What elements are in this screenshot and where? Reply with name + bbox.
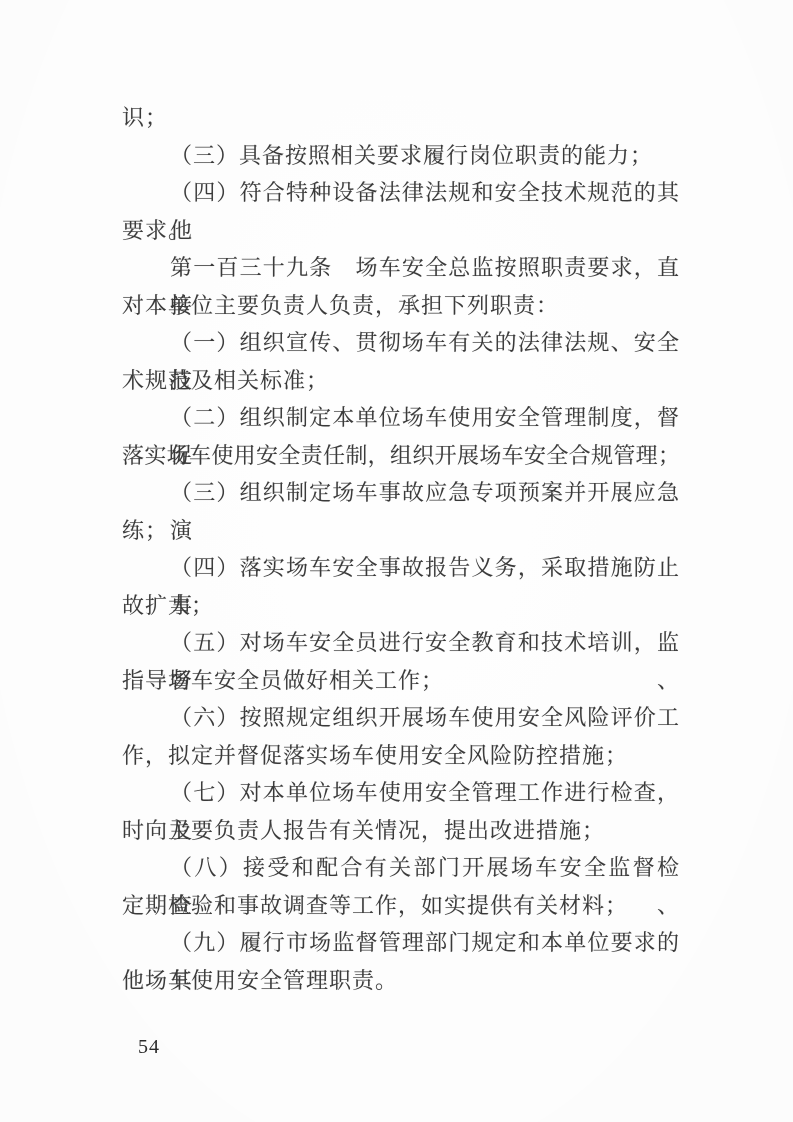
text-line: （一）组织宣传、贯彻场车有关的法律法规、安全技 (122, 324, 680, 362)
text-line: （三）组织制定场车事故应急专项预案并开展应急演 (122, 474, 680, 512)
text-line: 定期检验和事故调查等工作，如实提供有关材料； (122, 887, 680, 925)
text-line: （六）按照规定组织开展场车使用安全风险评价工 (122, 699, 680, 737)
text-line: （九）履行市场监督管理部门规定和本单位要求的其 (122, 924, 680, 962)
text-line: 他场车使用安全管理职责。 (122, 962, 680, 1000)
text-line: （四）符合特种设备法律法规和安全技术规范的其他 (122, 174, 680, 212)
text-line: 作，拟定并督促落实场车使用安全风险防控措施； (122, 737, 680, 775)
text-line: 对本单位主要负责人负责，承担下列职责： (122, 287, 680, 325)
text-line: 落实场车使用安全责任制，组织开展场车安全合规管理； (122, 437, 680, 475)
text-line: （三）具备按照相关要求履行岗位职责的能力； (122, 137, 680, 175)
text-line: 识； (122, 99, 680, 137)
page-number: 54 (138, 1036, 160, 1059)
scanned-document-page: 识； （三）具备按照相关要求履行岗位职责的能力； （四）符合特种设备法律法规和安… (0, 0, 793, 1122)
text-line: 时向主要负责人报告有关情况，提出改进措施； (122, 812, 680, 850)
text-line: （五）对场车安全员进行安全教育和技术培训，监督、 (122, 624, 680, 662)
article-heading-line: 第一百三十九条 场车安全总监按照职责要求，直接 (122, 249, 680, 287)
text-line: （二）组织制定本单位场车使用安全管理制度，督促 (122, 399, 680, 437)
text-line: 要求。 (122, 212, 680, 250)
text-line: 术规范及相关标准； (122, 362, 680, 400)
document-body-text: 识； （三）具备按照相关要求履行岗位职责的能力； （四）符合特种设备法律法规和安… (122, 99, 680, 999)
text-line: （四）落实场车安全事故报告义务，采取措施防止事 (122, 549, 680, 587)
text-line: 练； (122, 512, 680, 550)
text-line: （八）接受和配合有关部门开展场车安全监督检查、 (122, 849, 680, 887)
text-line: （七）对本单位场车使用安全管理工作进行检查，及 (122, 774, 680, 812)
text-line: 故扩大； (122, 587, 680, 625)
